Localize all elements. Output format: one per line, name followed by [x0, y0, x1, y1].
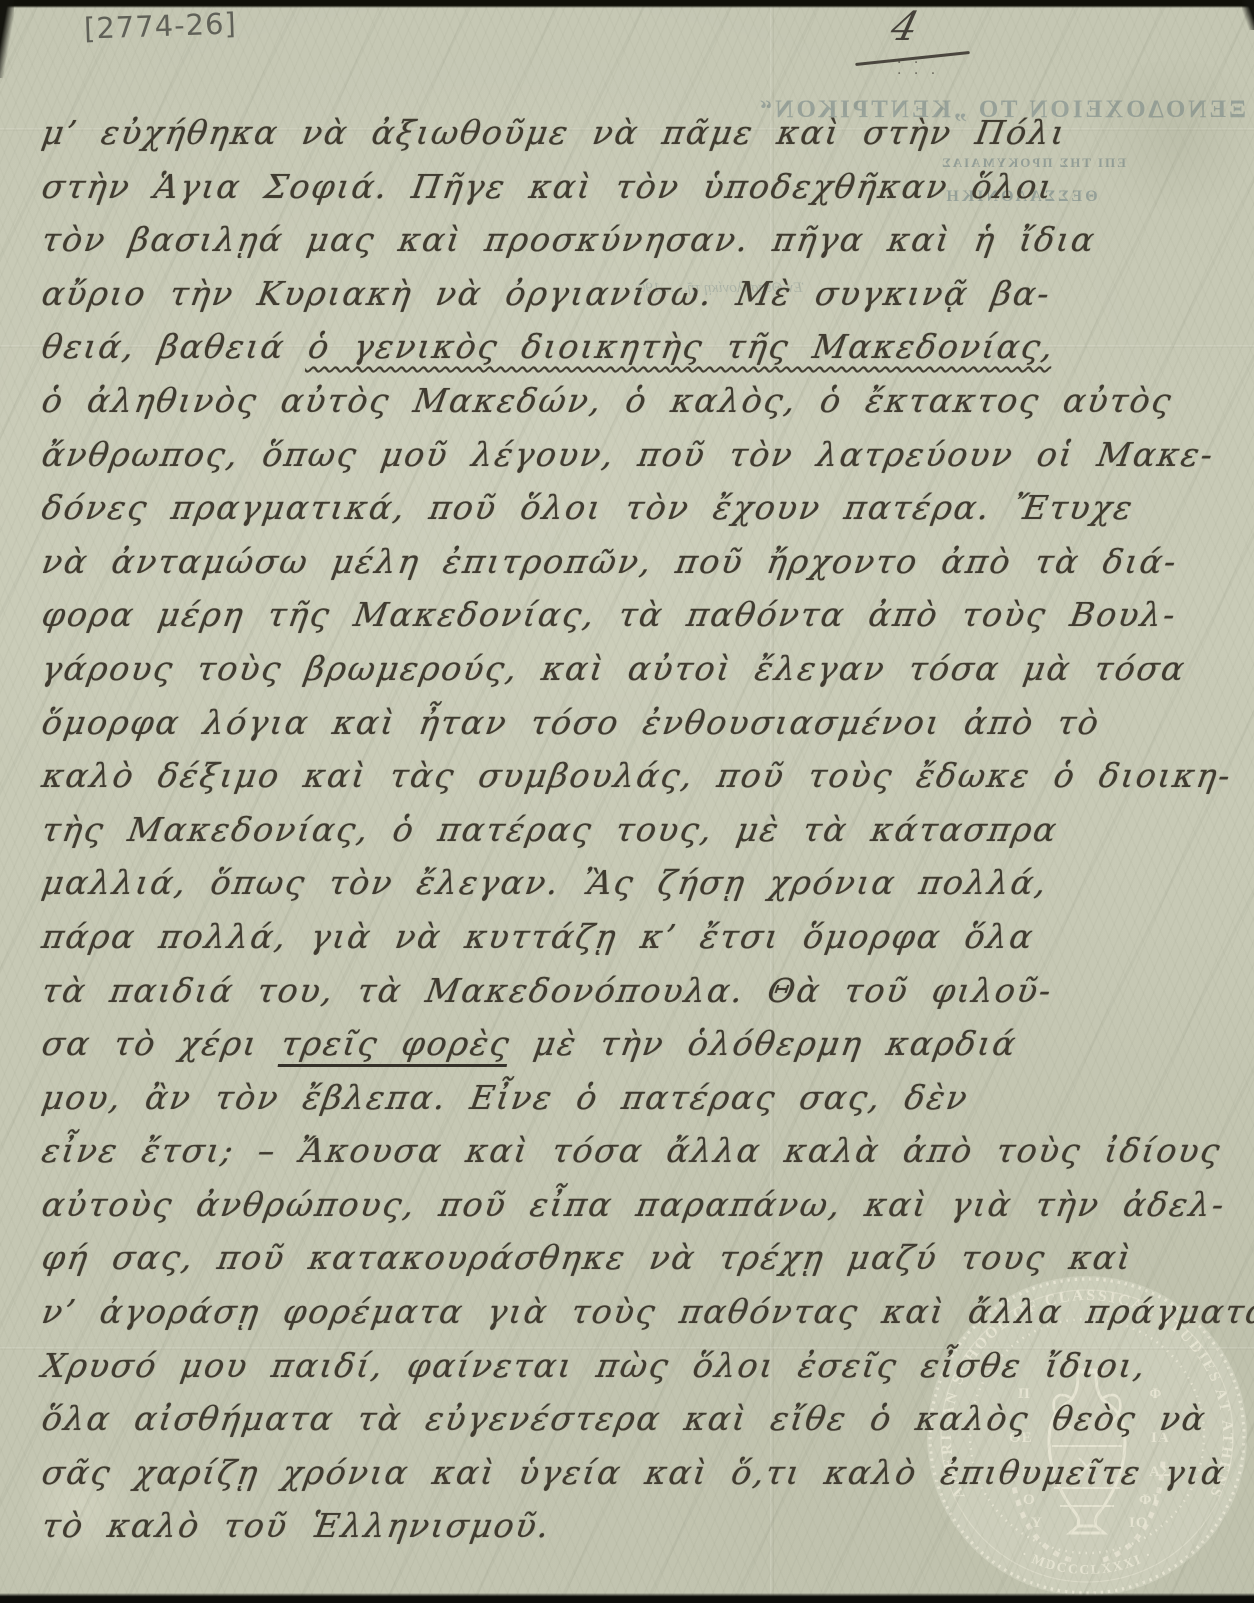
letter-line: φή σας, ποῦ κατακουράσθηκε νὰ τρέχῃ μαζύ…: [38, 1231, 1238, 1285]
page-number: 4: [886, 4, 923, 50]
letter-line: Χρυσό μου παιδί, φαίνεται πὼς ὅλοι ἐσεῖς…: [38, 1339, 1238, 1393]
letter-line: ὁ ἀληθινὸς αὐτὸς Μακεδών, ὁ καλὸς, ὁ ἔκτ…: [38, 374, 1238, 428]
letter-line: εἶνε ἔτσι; – Ἄκουσα καὶ τόσα ἄλλα καλὰ ἀ…: [38, 1124, 1238, 1178]
letter-line: σᾶς χαρίζῃ χρόνια καὶ ὑγεία καὶ ὅ,τι καλ…: [38, 1446, 1238, 1500]
letter-line: νὰ ἀνταμώσω μέλη ἐπιτροπῶν, ποῦ ἤρχοντο …: [38, 535, 1238, 589]
letter-line-text: μὲ τὴν ὁλόθερμη καρδιά: [507, 1024, 1020, 1063]
letter-line: γάρους τοὺς βρωμερούς, καὶ αὐτοὶ ἔλεγαν …: [38, 642, 1238, 696]
letter-line: μ’ εὐχήθηκα νὰ ἀξιωθοῦμε νὰ πᾶμε καὶ στὴ…: [38, 106, 1238, 160]
flourish-dots-row: · · ·: [897, 69, 939, 80]
letter-line: σα τὸ χέρι τρεῖς φορὲς μὲ τὴν ὁλόθερμη κ…: [38, 1017, 1238, 1071]
letter-line: καλὸ δέξιμο καὶ τὰς συμβουλάς, ποῦ τοὺς …: [38, 749, 1238, 803]
letter-line: θειά, βαθειά ὁ γενικὸς διοικητὴς τῆς Μακ…: [38, 320, 1238, 374]
letter-line: τὸ καλὸ τοῦ Ἑλληνισμοῦ.: [38, 1499, 1238, 1553]
letter-line-text: θειά, βαθειά: [39, 327, 312, 366]
letter-line: ἄνθρωπος, ὅπως μοῦ λέγουν, ποῦ τὸν λατρε…: [38, 428, 1238, 482]
scan-corner-shadow: [1242, 0, 1254, 30]
archival-number-annotation: [2774-26]: [83, 6, 237, 45]
letter-line: αὐτοὺς ἀνθρώπους, ποῦ εἶπα παραπάνω, καὶ…: [38, 1178, 1238, 1232]
letter-line-text: σα τὸ χέρι: [39, 1024, 285, 1063]
letter-line: μαλλιά, ὅπως τὸν ἔλεγαν. Ἂς ζήσῃ χρόνια …: [38, 856, 1238, 910]
letter-line: πάρα πολλά, γιὰ νὰ κυττάζῃ κ’ ἔτσι ὅμορφ…: [38, 910, 1238, 964]
letter-line: φορα μέρη τῆς Μακεδονίας, τὰ παθόντα ἀπὸ…: [38, 588, 1238, 642]
letter-line: ν’ ἀγοράσῃ φορέματα γιὰ τοὺς παθόντας κα…: [38, 1285, 1238, 1339]
underlined-phrase: ὁ γενικὸς διοικητὴς τῆς Μακεδονίας,: [306, 327, 1058, 366]
letter-line: δόνες πραγματικά, ποῦ ὅλοι τὸν ἔχουν πατ…: [38, 481, 1238, 535]
letter-line: στὴν Ἁγια Σοφιά. Πῆγε καὶ τὸν ὑποδεχθῆκα…: [38, 160, 1238, 214]
letter-scan-page: [2774-26] 4 · · · · · ΞΕΝΟΔΟΧΕΙΟΝ ΤΟ „ΚΕ…: [0, 0, 1254, 1603]
letter-line: αὔριο τὴν Κυριακὴ νὰ ὀργιανίσω. Μὲ συγκι…: [38, 267, 1238, 321]
letter-line: τὰ παιδιά του, τὰ Μακεδονόπουλα. Θὰ τοῦ …: [38, 964, 1238, 1018]
scan-corner-shadow: [0, 0, 14, 78]
letter-line: τὴς Μακεδονίας, ὁ πατέρας τους, μὲ τὰ κά…: [38, 803, 1238, 857]
underlined-phrase: τρεῖς φορὲς: [278, 1024, 514, 1067]
page-number-flourish: · · · · ·: [897, 58, 939, 80]
letter-body: μ’ εὐχήθηκα νὰ ἀξιωθοῦμε νὰ πᾶμε καὶ στὴ…: [38, 106, 1230, 1553]
scan-edge-top: [0, 0, 1254, 8]
scan-edge-bottom: [0, 1593, 1254, 1603]
letter-line: ὅμορφα λόγια καὶ ἦταν τόσο ἐνθουσιασμένο…: [38, 696, 1238, 750]
letter-line: τὸν βασιλῃά μας καὶ προσκύνησαν. πῆγα κα…: [38, 213, 1238, 267]
letter-line: μου, ἂν τὸν ἔβλεπα. Εἶνε ὁ πατέρας σας, …: [38, 1071, 1238, 1125]
letter-line: ὅλα αἰσθήματα τὰ εὐγενέστερα καὶ εἴθε ὁ …: [38, 1392, 1238, 1446]
